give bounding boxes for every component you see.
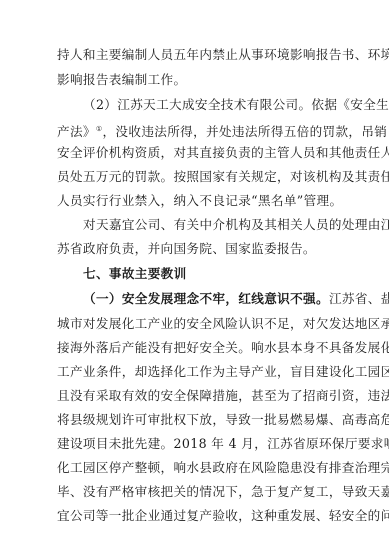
body-text-line: 城市对发展化工产业的安全风险认识不足，对欠发达地区承 (57, 316, 335, 332)
body-text-line: 对天嘉宜公司、有关中介机构及其相关人员的处理由江 (83, 217, 335, 233)
body-text: 江苏省、盐 (329, 291, 389, 306)
body-text-line: 工产业条件，却选择化工作为主导产业，盲目建设化工园区， (57, 364, 335, 380)
body-text: ，没收违法所得，并处违法所得五倍的罚款，吊销 (102, 124, 387, 139)
body-text-line: 影响报告表编制工作。 (57, 72, 335, 88)
body-text-line: 将县级规划许可审批权下放，导致一批易燃易爆、高毒高危 (57, 412, 335, 428)
body-text-line: 产法》①，没收违法所得，并处违法所得五倍的罚款，吊销 (57, 121, 335, 140)
body-text-line: 员处五万元的罚款。按照国家有关规定，对该机构及其责任 (57, 169, 335, 185)
body-text-line: 苏省政府负责，并向国务院、国家监委报告。 (57, 241, 335, 257)
body-text-line: 且没有采取有效的安全保障措施，甚至为了招商引资，违法 (57, 388, 335, 404)
body-text-line: 建设项目未批先建。2018 年 4 月，江苏省原环保厅要求响水 (57, 436, 335, 452)
subsection-heading: （一）安全发展理念不牢，红线意识不强。 (83, 291, 329, 306)
body-text-line: （一）安全发展理念不牢，红线意识不强。江苏省、盐 (83, 291, 335, 307)
body-text-line: 接海外落后产能没有把好安全关。响水县本身不具备发展化 (57, 340, 335, 356)
body-text-line: 持人和主要编制人员五年内禁止从事环境影响报告书、环境 (57, 47, 335, 63)
law-citation: 产法》 (57, 124, 96, 139)
body-text-line: 毕、没有严格审核把关的情况下，急于复产复工，导致天嘉 (57, 484, 335, 500)
document-page: 持人和主要编制人员五年内禁止从事环境影响报告书、环境 影响报告表编制工作。 （2… (0, 0, 389, 550)
body-text-line: 人员实行行业禁入，纳入不良记录“黑名单”管理。 (57, 193, 335, 209)
body-text-line: （2）江苏天工大成安全技术有限公司。依据《安全生 (83, 97, 335, 113)
body-text-line: 安全评价机构资质，对其直接负责的主管人员和其他责任人 (57, 145, 335, 161)
section-heading: 七、事故主要教训 (83, 266, 335, 282)
body-text-line: 宜公司等一批企业通过复产验收，这种重发展、轻安全的问 (57, 508, 335, 524)
body-text-line: 化工园区停产整顿，响水县政府在风险隐患没有排查治理完 (57, 460, 335, 476)
